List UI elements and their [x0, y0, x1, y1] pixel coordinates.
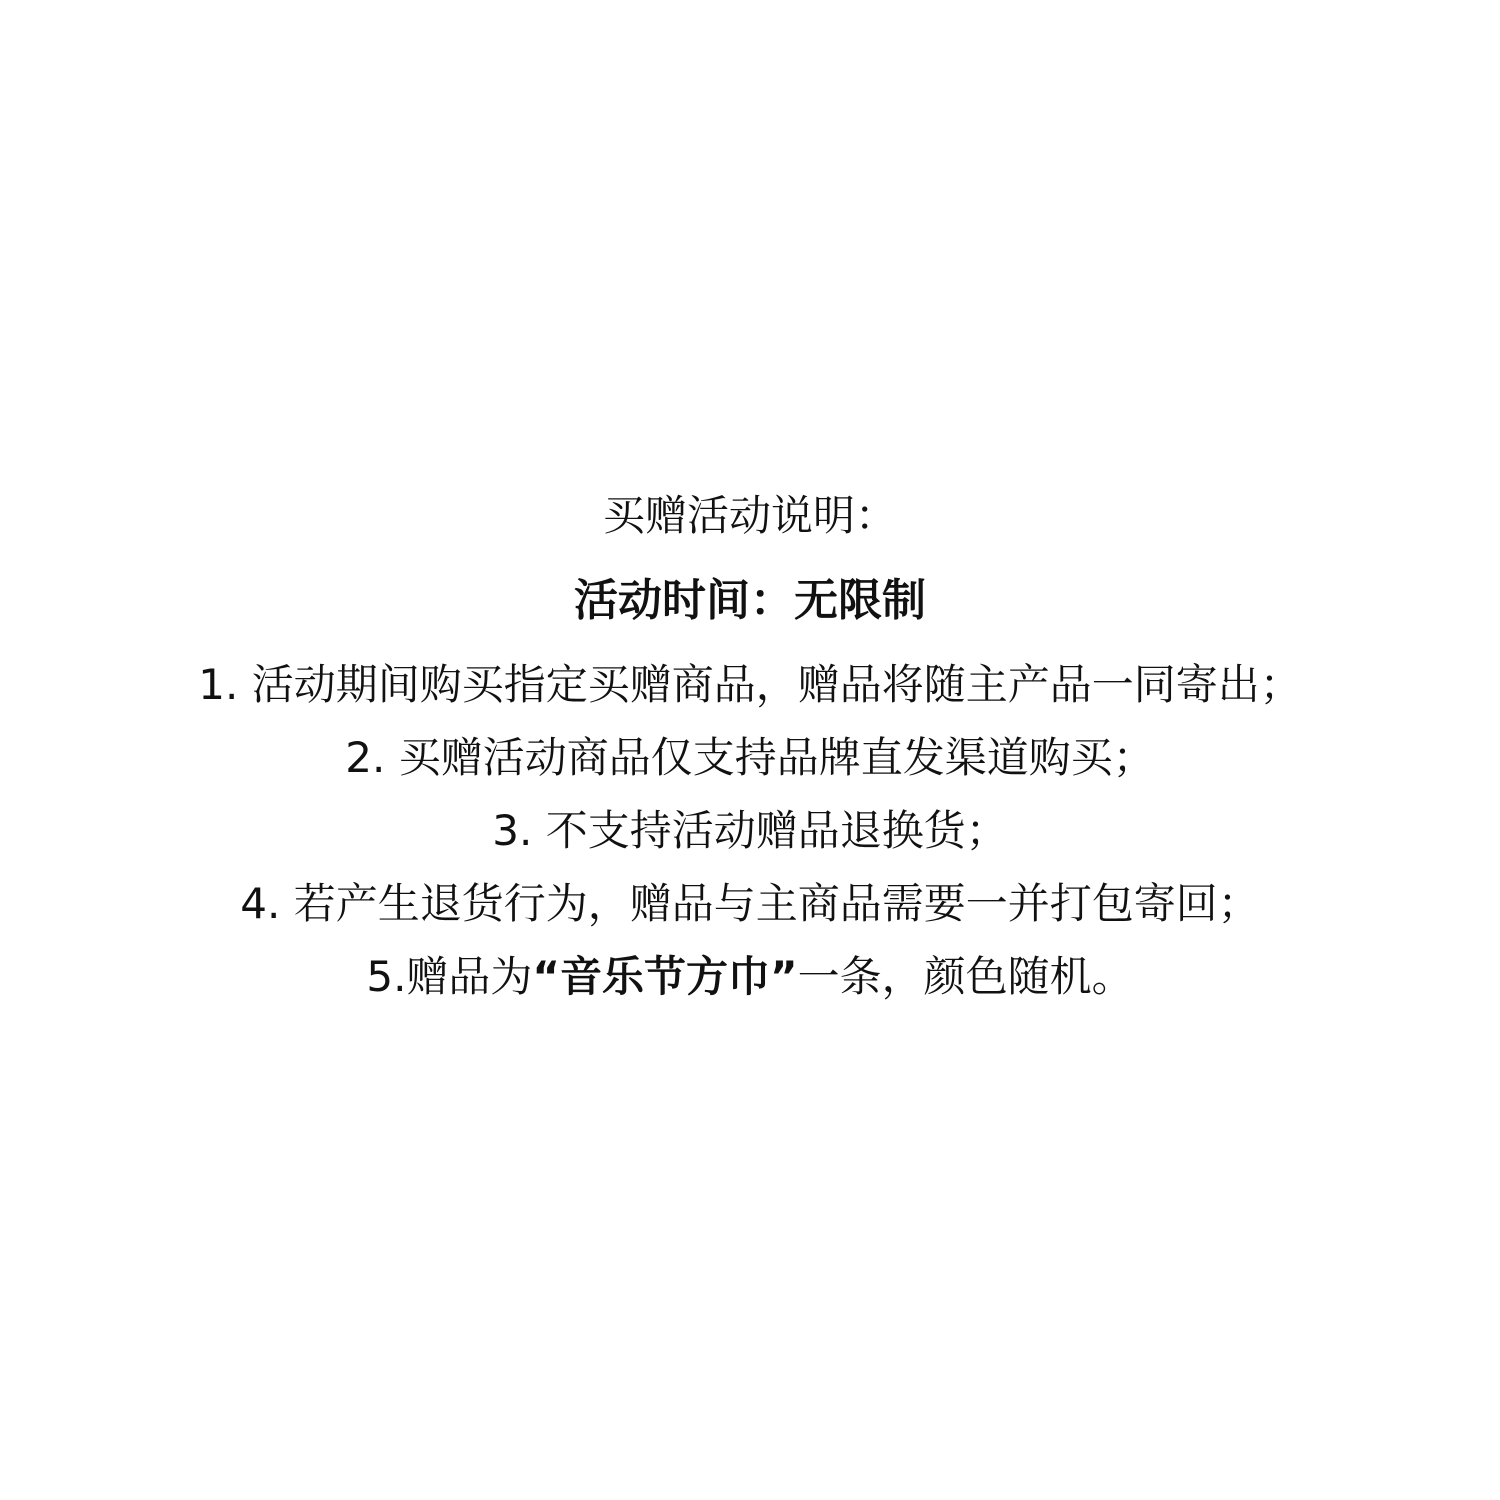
- activity-time: 活动时间：无限制: [0, 562, 1500, 640]
- rule-item-2: 2. 买赠活动商品仅支持品牌直发渠道购买；: [0, 721, 1500, 794]
- rule-item-5: 5.赠品为“音乐节方巾”一条，颜色随机。: [0, 940, 1500, 1013]
- gift-name-highlight: “音乐节方巾”: [532, 952, 797, 1001]
- rule-item-3: 3. 不支持活动赠品退换货；: [0, 794, 1500, 867]
- rule-5-suffix: 一条，颜色随机。: [798, 952, 1134, 1001]
- rule-item-1: 1. 活动期间购买指定买赠商品，赠品将随主产品一同寄出；: [0, 648, 1500, 721]
- rule-5-prefix: 5.赠品为: [366, 952, 532, 1001]
- promotion-notice: 买赠活动说明： 活动时间：无限制 1. 活动期间购买指定买赠商品，赠品将随主产品…: [0, 480, 1500, 1013]
- notice-title: 买赠活动说明：: [0, 480, 1500, 552]
- rule-item-4: 4. 若产生退货行为，赠品与主商品需要一并打包寄回；: [0, 867, 1500, 940]
- rules-list: 1. 活动期间购买指定买赠商品，赠品将随主产品一同寄出； 2. 买赠活动商品仅支…: [0, 648, 1500, 1013]
